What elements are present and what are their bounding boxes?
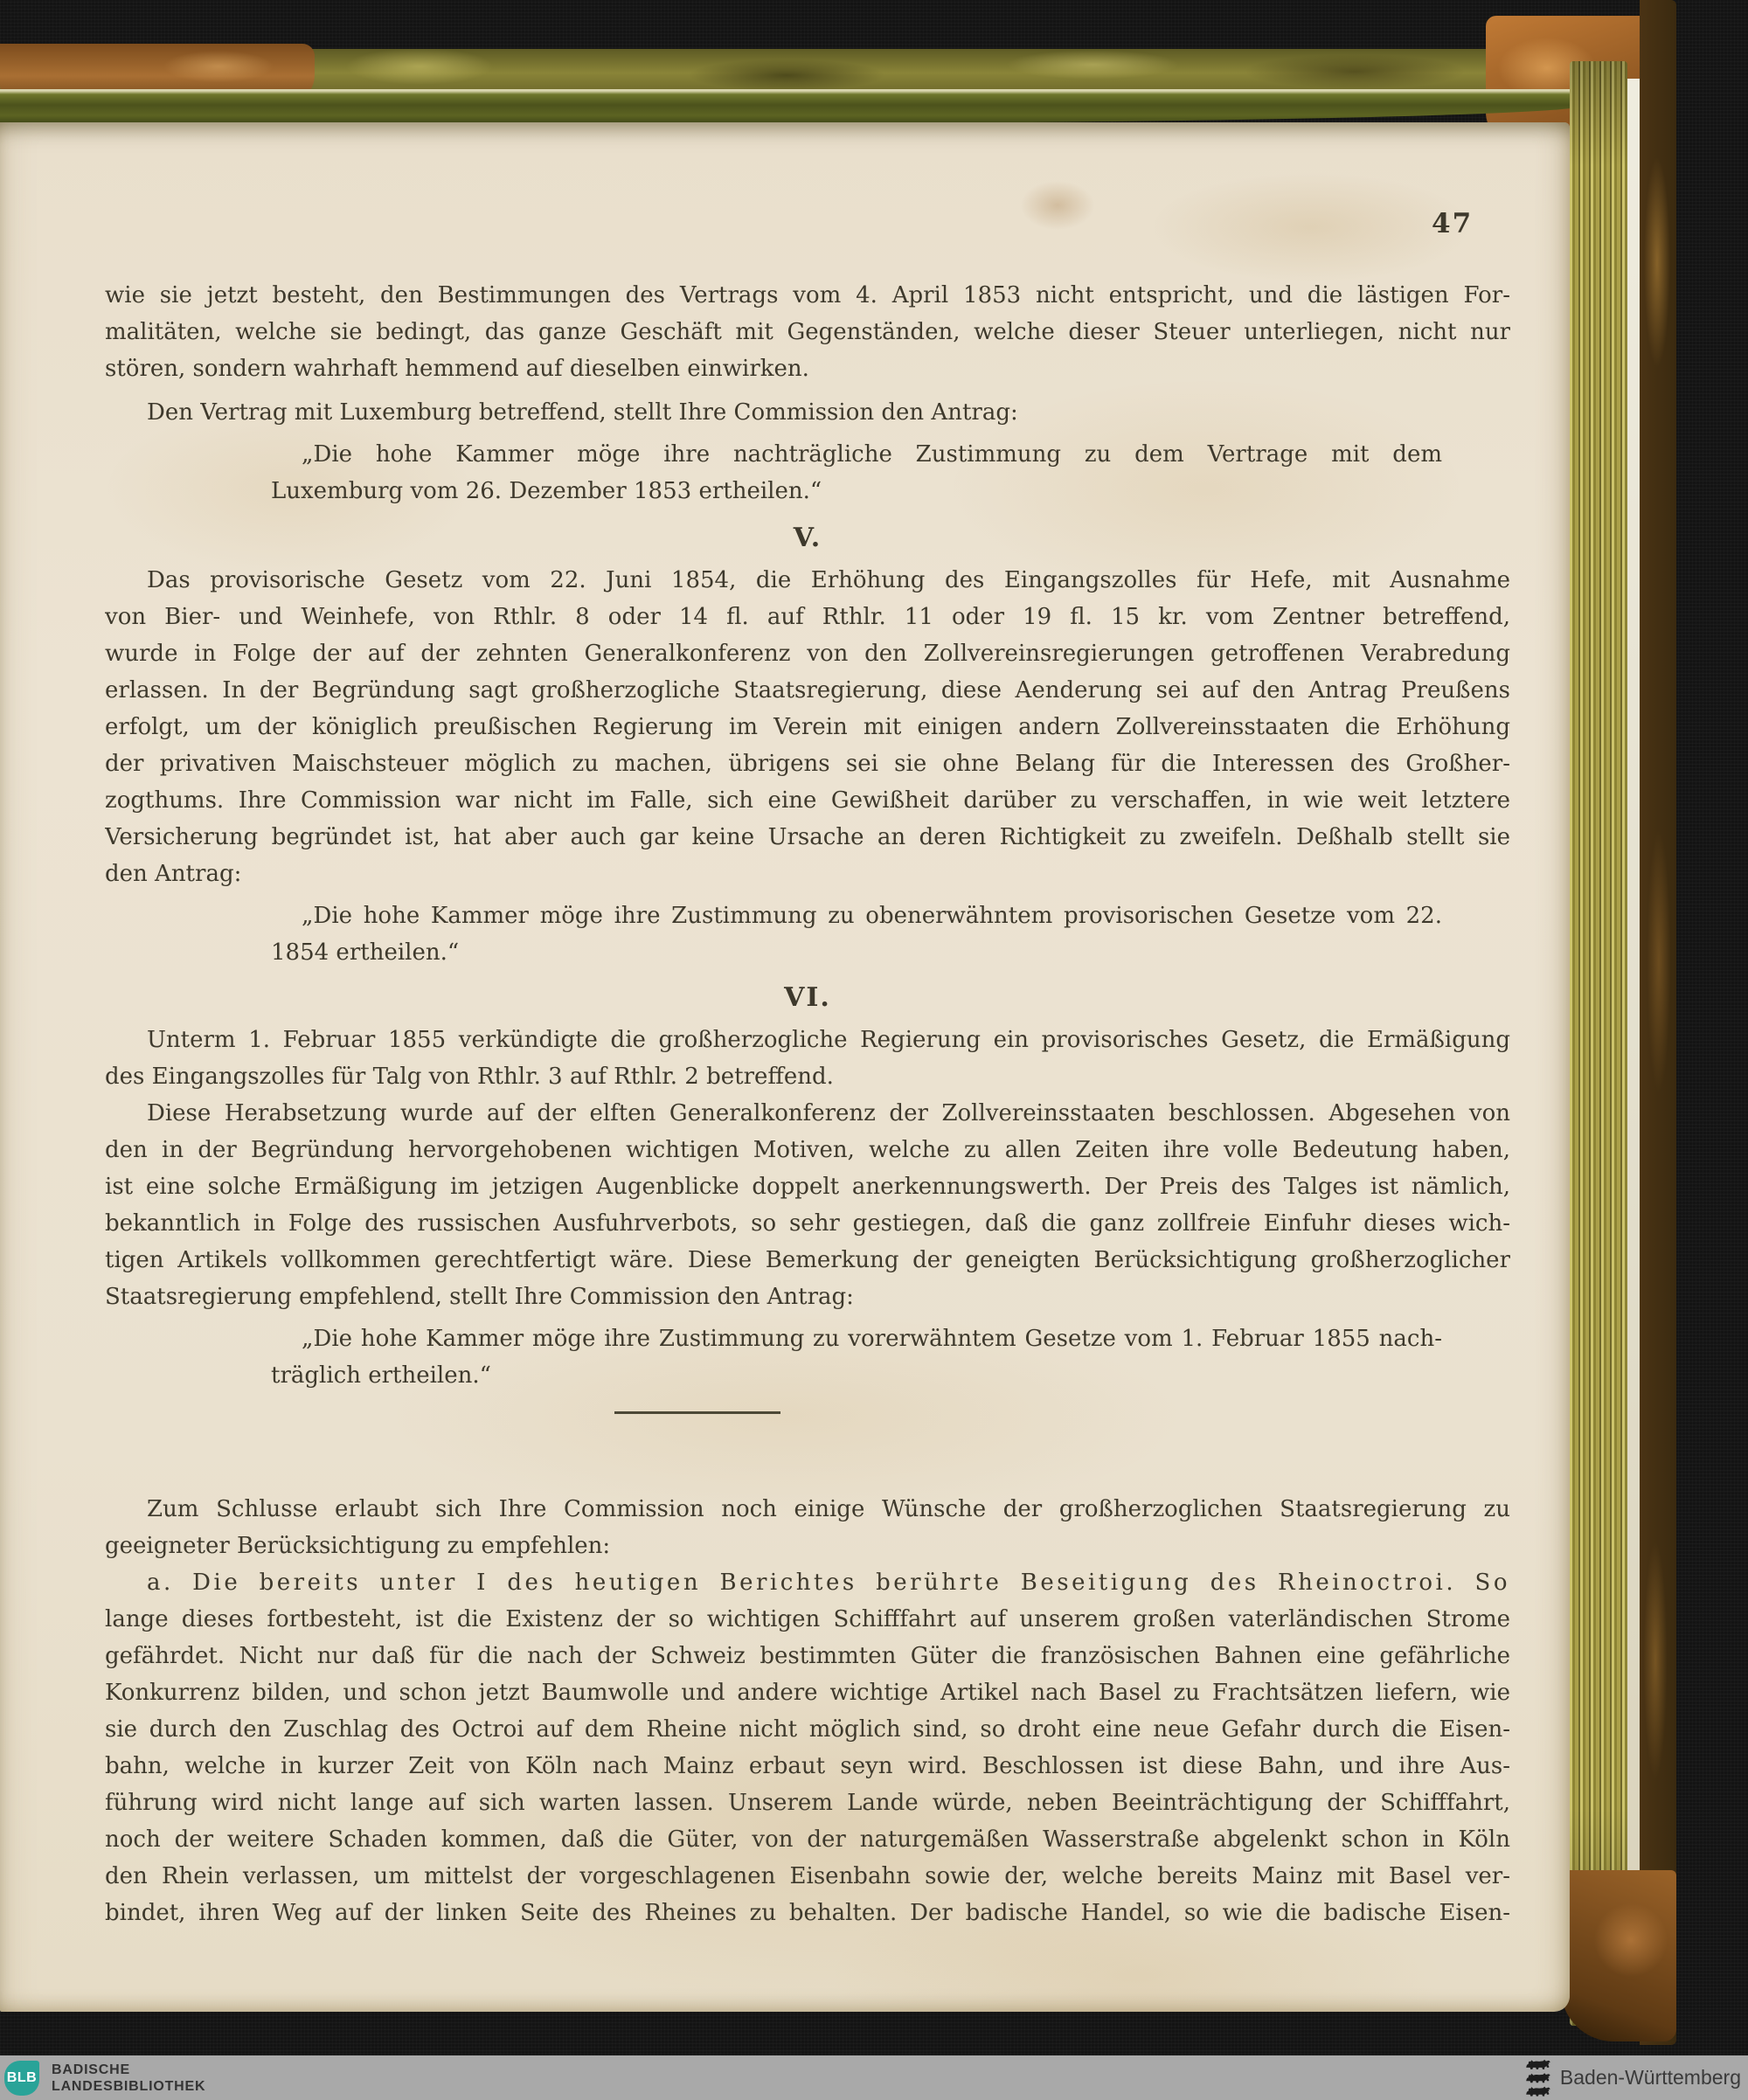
text-line: „Die hohe Kammer möge ihre Zustimmung zu…	[271, 1320, 1442, 1357]
paragraph-schluss: Zum Schlusse erlaubt sich Ihre Commissio…	[105, 1491, 1510, 1564]
book-cover-right-edge	[1640, 0, 1676, 2045]
text-line: „Die hohe Kammer möge ihre Zustimmung zu…	[271, 898, 1442, 934]
page-text-block: wie sie jetzt besteht, den Bestimmungen …	[105, 277, 1510, 1931]
book-cover-corner-bottom-right	[1561, 1870, 1676, 2041]
text-line: den Rhein verlassen, um mittelst der vor…	[105, 1858, 1510, 1895]
text-line: wie sie jetzt besteht, den Bestimmungen …	[105, 277, 1510, 314]
text-line: führung wird nicht lange auf sich warten…	[105, 1785, 1510, 1821]
text-line: „Die hohe Kammer möge ihre nachträgliche…	[271, 436, 1442, 473]
section-divider-rule	[614, 1411, 780, 1414]
library-name: BADISCHE LANDESBIBLIOTHEK	[52, 2062, 205, 2095]
text-line: von Bier- und Weinhefe, von Rthlr. 8 ode…	[105, 599, 1510, 635]
text-line: den Antrag:	[105, 856, 1510, 892]
text-line: wurde in Folge der auf der zehnten Gener…	[105, 635, 1510, 672]
blb-logo-icon: BLB	[4, 2061, 39, 2096]
text-line: erfolgt, um der königlich preußischen Re…	[105, 709, 1510, 745]
text-line: träglich ertheilen.“	[271, 1357, 1442, 1394]
text-line: des Eingangszolles für Talg von Rthlr. 3…	[105, 1058, 1510, 1095]
block-quote-section-vi: „Die hohe Kammer möge ihre Zustimmung zu…	[271, 1320, 1442, 1394]
block-quote-section-v: „Die hohe Kammer möge ihre Zustimmung zu…	[271, 898, 1442, 971]
paragraph-continuation: wie sie jetzt besteht, den Bestimmungen …	[105, 277, 1510, 387]
text-line: malitäten, welche sie bedingt, das ganze…	[105, 314, 1510, 350]
library-name-line2: LANDESBIBLIOTHEK	[52, 2078, 205, 2095]
paragraph-rheinoctroi: a. Die bereits unter I des heutigen Beri…	[105, 1564, 1510, 1931]
state-name: Baden-Württemberg	[1560, 2066, 1741, 2090]
underlying-page-edge	[1627, 79, 1640, 2017]
page-block-fore-edge	[1570, 61, 1627, 2026]
text-line: erlassen. In der Begründung sagt großher…	[105, 672, 1510, 709]
text-line: a. Die bereits unter I des heutigen Beri…	[105, 1564, 1510, 1601]
text-line: ist eine solche Ermäßigung im jetzigen A…	[105, 1168, 1510, 1205]
paragraph-luxemburg-antrag: Den Vertrag mit Luxemburg betreffend, st…	[105, 394, 1510, 431]
text-line: Diese Herabsetzung wurde auf der elften …	[105, 1095, 1510, 1132]
section-heading-vi: VI.	[105, 980, 1510, 1016]
blb-logo-text: BLB	[7, 2070, 37, 2086]
text-line: Luxemburg vom 26. Dezember 1853 ertheile…	[271, 473, 1442, 509]
paragraph-section-vi-intro: Unterm 1. Februar 1855 verkündigte die g…	[105, 1022, 1510, 1095]
text-line: der privativen Maischsteuer möglich zu m…	[105, 745, 1510, 782]
text-line: geeigneter Berücksichtigung zu empfehlen…	[105, 1528, 1510, 1564]
text-line: Unterm 1. Februar 1855 verkündigte die g…	[105, 1022, 1510, 1058]
text-line: Den Vertrag mit Luxemburg betreffend, st…	[105, 394, 1510, 431]
text-line: Versicherung begründet ist, hat aber auc…	[105, 819, 1510, 856]
book-scan-viewport: 47 wie sie jetzt besteht, den Bestimmung…	[0, 0, 1748, 2100]
section-heading-v: V.	[105, 520, 1510, 557]
text-line: stören, sondern wahrhaft hemmend auf die…	[105, 350, 1510, 387]
footer-left-group: BLB BADISCHE LANDESBIBLIOTHEK	[0, 2061, 205, 2096]
text-line: 1854 ertheilen.“	[271, 934, 1442, 971]
block-quote-luxemburg: „Die hohe Kammer möge ihre nachträgliche…	[271, 436, 1442, 509]
text-line: bahn, welche in kurzer Zeit von Köln nac…	[105, 1748, 1510, 1785]
text-line: Zum Schlusse erlaubt sich Ihre Commissio…	[105, 1491, 1510, 1528]
library-name-line1: BADISCHE	[52, 2062, 205, 2078]
paragraph-section-v: Das provisorische Gesetz vom 22. Juni 18…	[105, 562, 1510, 892]
page-number: 47	[1432, 208, 1473, 239]
text-line: tigen Artikels vollkommen gerechtfertigt…	[105, 1242, 1510, 1279]
footer-right-group: Baden-Württemberg	[1525, 2059, 1748, 2097]
scanned-page: 47 wie sie jetzt besteht, den Bestimmung…	[0, 122, 1570, 2012]
page-block-top-edge	[0, 89, 1587, 124]
text-line: lange dieses fortbesteht, ist die Existe…	[105, 1601, 1510, 1638]
text-line: sie durch den Zuschlag des Octroi auf de…	[105, 1711, 1510, 1748]
text-line: den in der Begründung hervorgehobenen wi…	[105, 1132, 1510, 1168]
text-line: gefährdet. Nicht nur daß für die nach de…	[105, 1638, 1510, 1674]
text-line: bindet, ihren Weg auf der linken Seite d…	[105, 1895, 1510, 1931]
bw-coat-of-arms-icon	[1525, 2059, 1551, 2097]
text-line: Das provisorische Gesetz vom 22. Juni 18…	[105, 562, 1510, 599]
text-line: bekanntlich in Folge des russischen Ausf…	[105, 1205, 1510, 1242]
text-line: Staatsregierung empfehlend, stellt Ihre …	[105, 1279, 1510, 1315]
text-line: Konkurrenz bilden, und schon jetzt Baumw…	[105, 1674, 1510, 1711]
library-footer-bar: BLB BADISCHE LANDESBIBLIOTHEK Baden-Würt…	[0, 2055, 1748, 2100]
text-line: noch der weitere Schaden kommen, daß die…	[105, 1821, 1510, 1858]
text-line: zogthums. Ihre Commission war nicht im F…	[105, 782, 1510, 819]
paragraph-section-vi-body: Diese Herabsetzung wurde auf der elften …	[105, 1095, 1510, 1315]
